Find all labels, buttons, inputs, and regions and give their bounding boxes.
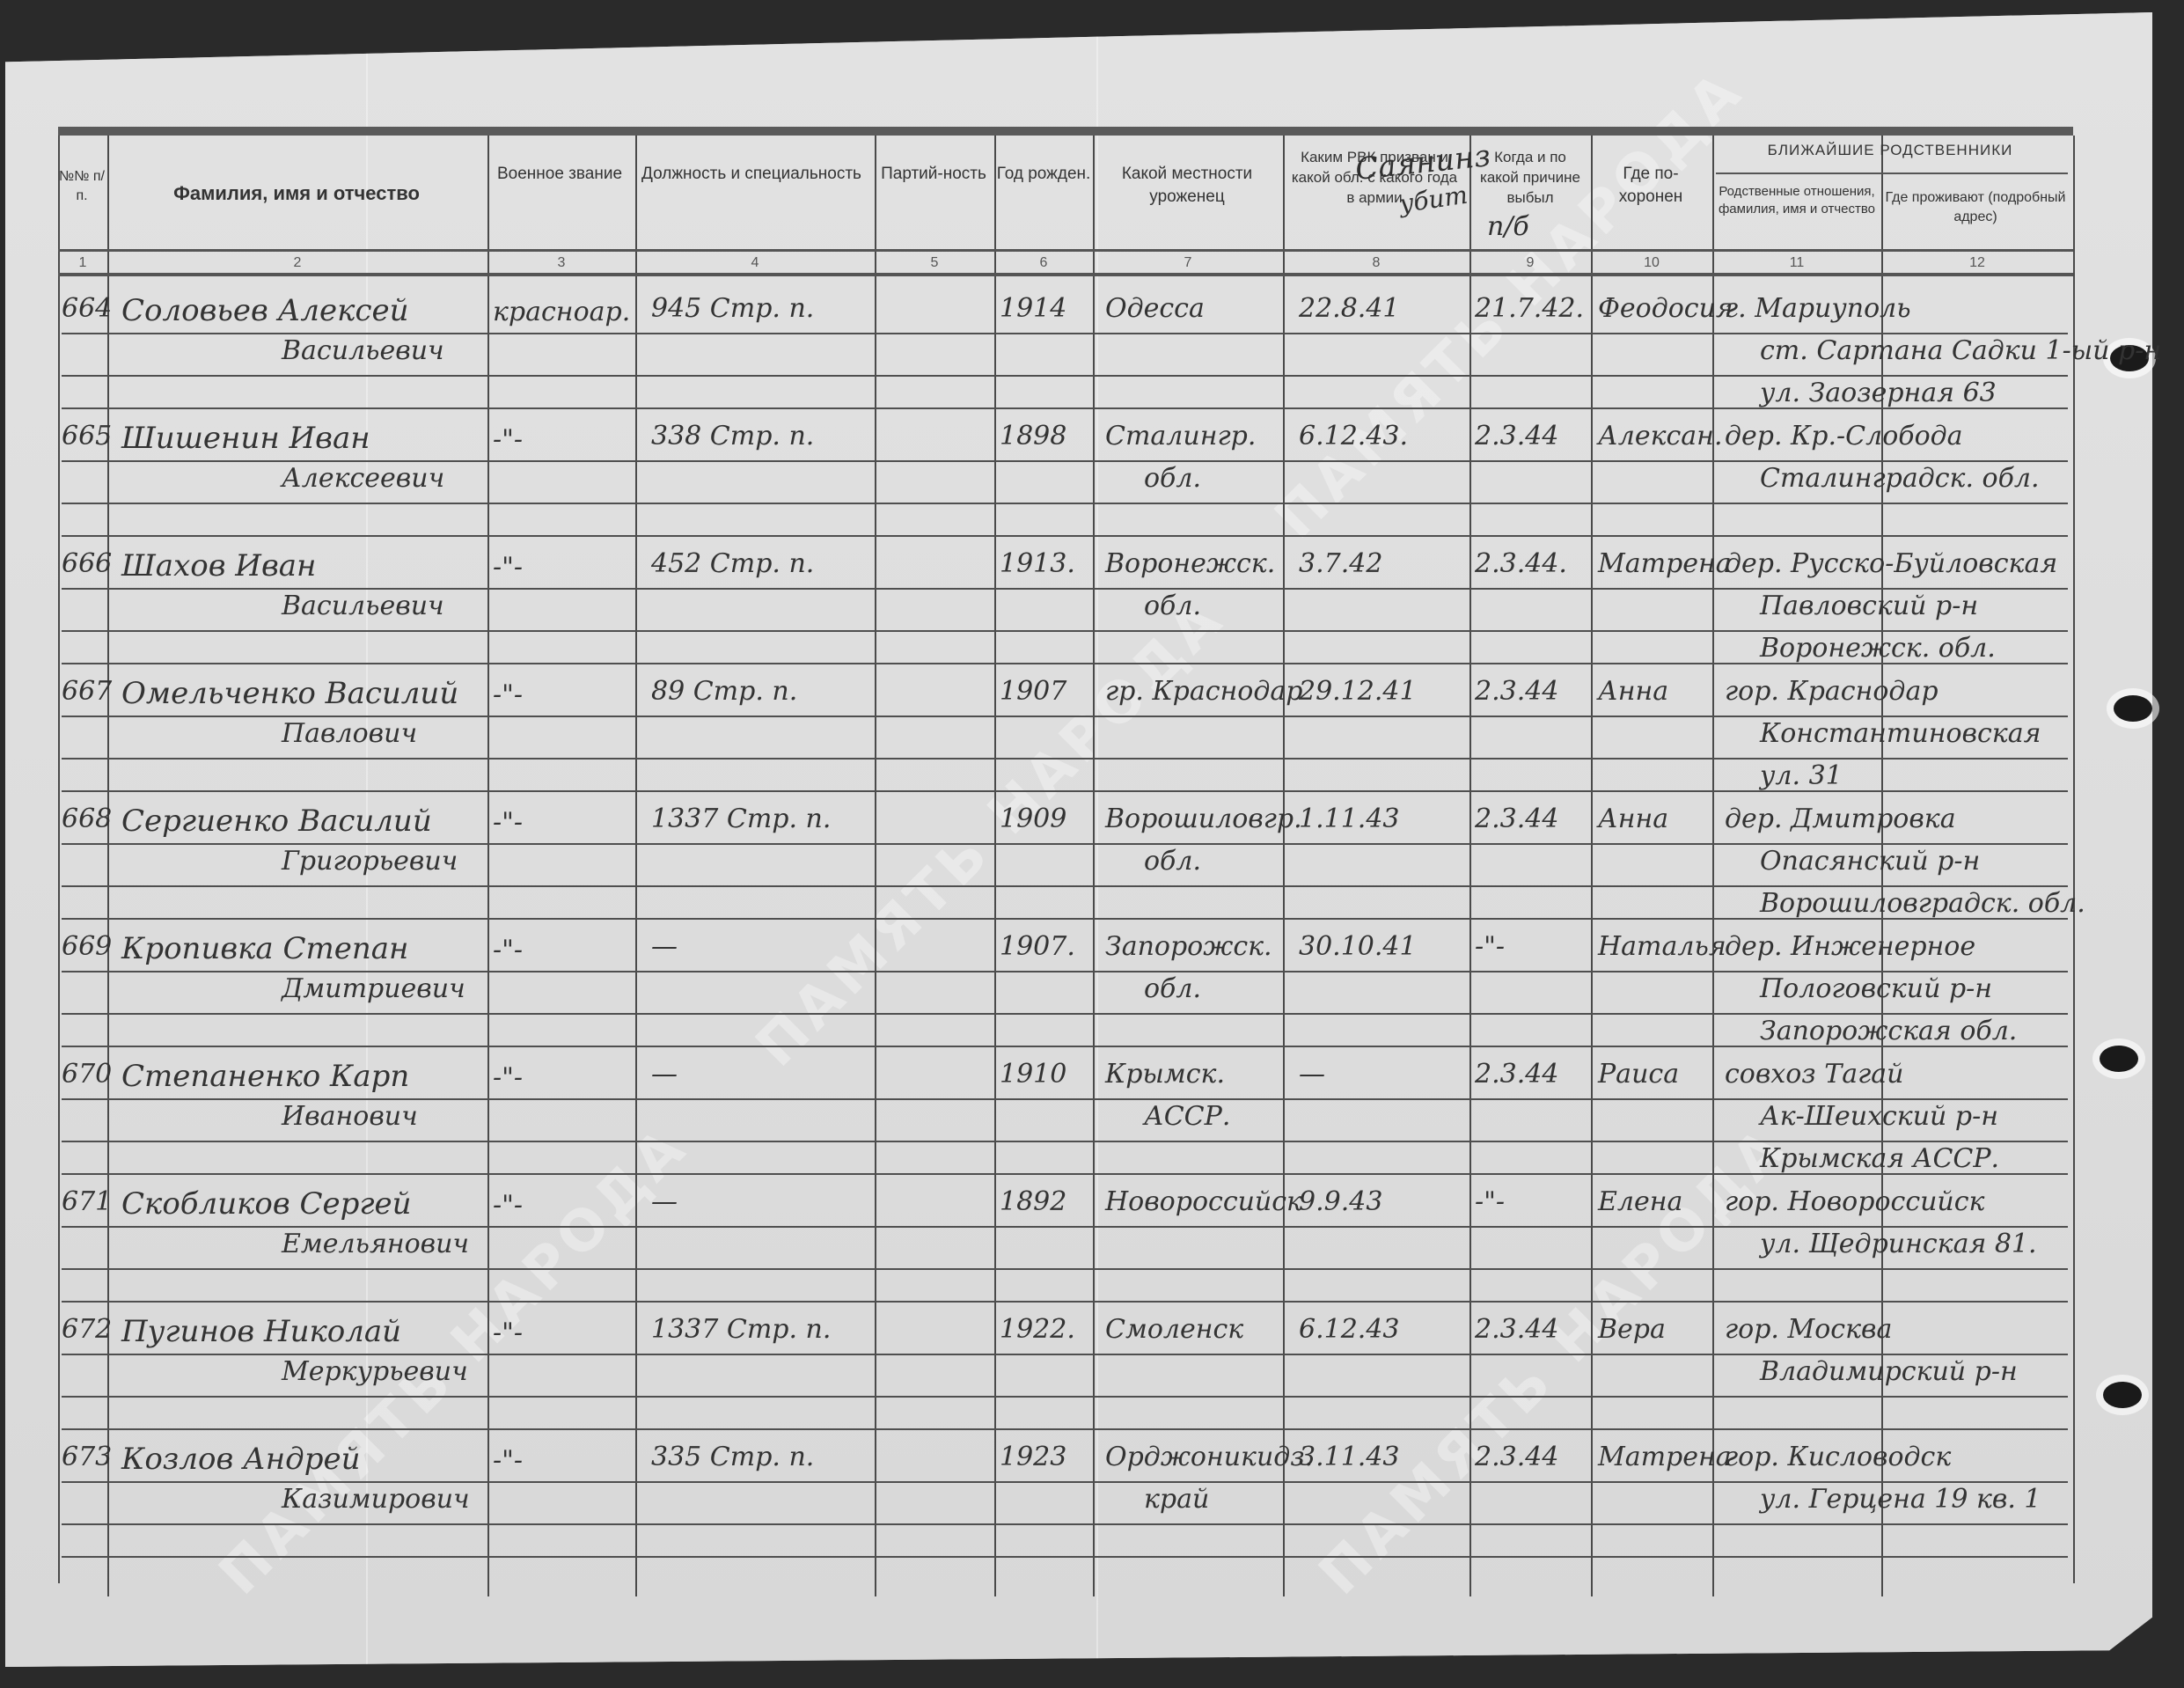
birth-year: 1923 [1000, 1444, 1066, 1471]
row-rule [62, 1173, 2068, 1175]
punch-hole [2103, 1382, 2142, 1408]
relative-address: ст. Сартана Садки 1-ый р-н [1760, 338, 2161, 364]
relative-address: дер. Дмитровка [1725, 806, 1956, 833]
military-rank: -"- [493, 427, 523, 453]
patronymic: Григорьевич [282, 848, 458, 875]
burial-place: Елена [1598, 1189, 1682, 1215]
departure-date: 2.3.44 [1475, 423, 1558, 450]
row-rule [62, 460, 2068, 462]
full-name: Скобликов Сергей [121, 1189, 412, 1219]
row-number: 666 [62, 551, 112, 577]
row-rule [62, 758, 2068, 760]
relative-address: совхоз Тагай [1725, 1061, 1903, 1088]
column-divider [1093, 136, 1095, 1596]
burial-place: Наталья [1598, 934, 1726, 960]
birth-year: 1907. [1000, 934, 1075, 960]
row-rule [62, 1268, 2068, 1270]
patronymic: Васильевич [282, 338, 444, 364]
birthplace: Смоленск [1105, 1317, 1243, 1343]
row-rule [62, 790, 2068, 792]
row-rule [62, 971, 2068, 972]
birth-year: 1922. [1000, 1317, 1075, 1343]
relative-address: г. Мариуполь [1725, 296, 1911, 322]
patronymic: Меркурьевич [282, 1359, 468, 1385]
column-divider [1469, 136, 1471, 1596]
draft-date: — [1299, 1061, 1325, 1088]
burial-place: Матрена [1598, 1444, 1732, 1471]
column-divider [1591, 136, 1593, 1596]
relative-address: ул. Щедринская 81. [1760, 1231, 2037, 1258]
birth-year: 1898 [1000, 423, 1066, 450]
header-col-3: Военное звание [489, 163, 630, 186]
patronymic: Дмитриевич [282, 976, 465, 1002]
punch-hole [2114, 695, 2152, 722]
position: — [651, 1189, 678, 1215]
column-divider [487, 136, 489, 1596]
military-rank: -"- [493, 937, 523, 964]
relative-address: Ворошиловградск. обл. [1760, 891, 2085, 917]
row-number: 668 [62, 806, 112, 833]
birthplace-region: обл. [1144, 848, 1201, 875]
draft-date: 6.12.43. [1299, 423, 1408, 450]
departure-date: 2.3.44. [1475, 551, 1567, 577]
departure-date: 2.3.44 [1475, 1317, 1558, 1343]
row-rule [62, 375, 2068, 377]
departure-date: -"- [1475, 934, 1505, 960]
row-rule [62, 333, 2068, 334]
row-rule [62, 1354, 2068, 1355]
relative-address: ул. 31 [1760, 763, 1843, 789]
row-rule [62, 1396, 2068, 1398]
row-number: 664 [62, 296, 112, 322]
row-rule [62, 1141, 2068, 1142]
relative-address: Сталинградск. обл. [1760, 466, 2040, 492]
birth-year: 1913. [1000, 551, 1075, 577]
departure-date: -"- [1475, 1189, 1505, 1215]
military-rank: -"- [493, 810, 523, 836]
position: 335 Стр. п. [651, 1444, 814, 1471]
departure-date: 2.3.44 [1475, 679, 1558, 705]
birthplace: Новороссийск [1105, 1189, 1302, 1215]
departure-date: 2.3.44 [1475, 1061, 1558, 1088]
burial-place: Вера [1598, 1317, 1666, 1343]
row-rule [62, 843, 2068, 845]
burial-place: Феодосия [1598, 296, 1733, 322]
relative-address: Крымская АССР. [1760, 1146, 1999, 1172]
birthplace: Запорожск. [1105, 934, 1272, 960]
column-number: 10 [1591, 255, 1712, 271]
row-rule [62, 503, 2068, 504]
relative-address: Пологовский р-н [1760, 976, 1992, 1002]
row-rule [62, 535, 2068, 537]
header-col-6: Год рожден. [996, 163, 1091, 186]
full-name: Сергиенко Василий [121, 806, 432, 836]
row-rule [62, 630, 2068, 632]
row-rule [62, 1046, 2068, 1047]
column-divider [58, 136, 60, 1583]
birthplace: Сталингр. [1105, 423, 1256, 450]
military-rank: -"- [493, 682, 523, 708]
relative-address: Запорожская обл. [1760, 1018, 2017, 1045]
row-rule [62, 1098, 2068, 1100]
patronymic: Павлович [282, 721, 417, 747]
row-rule [62, 1013, 2068, 1015]
relative-address: гор. Кисловодск [1725, 1444, 1951, 1471]
column-divider [994, 136, 996, 1596]
relative-address: Павловский р-н [1760, 593, 1978, 620]
column-number: 7 [1093, 255, 1283, 271]
birthplace: Воронежск. [1105, 551, 1275, 577]
row-rule [62, 1556, 2068, 1558]
birth-year: 1907 [1000, 679, 1066, 705]
patronymic: Казимирович [282, 1486, 470, 1513]
draft-date: 6.12.43 [1299, 1317, 1400, 1343]
column-number-rule [58, 273, 2073, 276]
burial-place: Анна [1598, 806, 1668, 833]
table-top-border [58, 127, 2073, 136]
military-rank: -"- [493, 1193, 523, 1219]
burial-place: Матрена [1598, 551, 1732, 577]
header-bottom-rule [58, 249, 2073, 252]
relative-address: Владимирский р-н [1760, 1359, 2018, 1385]
position: 338 Стр. п. [651, 423, 814, 450]
row-number: 669 [62, 934, 112, 960]
birthplace-region: обл. [1144, 593, 1201, 620]
departure-date: 2.3.44 [1475, 806, 1558, 833]
row-rule [62, 716, 2068, 717]
patronymic: Алексеевич [282, 466, 444, 492]
relative-address: гор. Москва [1725, 1317, 1892, 1343]
column-number: 11 [1712, 255, 1881, 271]
row-number: 670 [62, 1061, 112, 1088]
header-col-1: №№ п/п. [58, 167, 106, 205]
column-number: 1 [58, 255, 107, 271]
birthplace: Орджоникидз. [1105, 1444, 1313, 1471]
draft-date: 3.7.42 [1299, 551, 1382, 577]
birthplace: Крымск. [1105, 1061, 1225, 1088]
full-name: Кропивка Степан [121, 934, 408, 964]
header-col-11: Родственные отношения, фамилия, имя и от… [1714, 183, 1880, 219]
birth-year: 1909 [1000, 806, 1066, 833]
draft-date: 30.10.41 [1299, 934, 1417, 960]
burial-place: Алексан. [1598, 423, 1722, 450]
column-number: 4 [635, 255, 875, 271]
relative-address: дер. Русско-Буйловская [1725, 551, 2057, 577]
header-col-2: Фамилия, имя и отчество [107, 180, 486, 207]
full-name: Соловьев Алексей [121, 296, 409, 326]
burial-place: Раиса [1598, 1061, 1679, 1088]
relative-address: дер. Кр.-Слобода [1725, 423, 1963, 450]
full-name: Козлов Андрей [121, 1444, 361, 1474]
position: 945 Стр. п. [651, 296, 814, 322]
row-number: 673 [62, 1444, 112, 1471]
military-rank: -"- [493, 1320, 523, 1347]
birthplace: гр. Краснодар [1105, 679, 1302, 705]
position: — [651, 1061, 678, 1088]
column-number: 3 [487, 255, 635, 271]
military-rank: красноар. [493, 299, 630, 326]
departure-date: 2.3.44 [1475, 1444, 1558, 1471]
row-number: 665 [62, 423, 112, 450]
relative-address: Воронежск. обл. [1760, 635, 1996, 662]
row-number: 671 [62, 1189, 112, 1215]
departure-date: 21.7.42. [1475, 296, 1584, 322]
column-divider [1712, 136, 1714, 1596]
full-name: Омельченко Василий [121, 679, 458, 708]
relative-address: ул. Заозерная 63 [1760, 380, 1997, 407]
row-rule [62, 1523, 2068, 1525]
handwritten-stamp: п/б [1487, 211, 1529, 242]
row-rule [62, 1481, 2068, 1483]
row-rule [62, 1428, 2068, 1430]
column-divider [635, 136, 637, 1596]
draft-date: 3.11.43 [1299, 1444, 1400, 1471]
birthplace-region: обл. [1144, 466, 1201, 492]
column-number: 12 [1881, 255, 2073, 271]
punch-hole [2100, 1046, 2138, 1072]
birthplace-region: обл. [1144, 976, 1201, 1002]
row-rule [62, 885, 2068, 887]
position: 1337 Стр. п. [651, 1317, 831, 1343]
column-number: 8 [1283, 255, 1469, 271]
full-name: Шахов Иван [121, 551, 316, 581]
column-divider [875, 136, 876, 1596]
row-rule [62, 663, 2068, 664]
full-name: Шишенин Иван [121, 423, 370, 453]
column-number: 6 [994, 255, 1093, 271]
column-number: 9 [1469, 255, 1591, 271]
relative-address: гор. Новороссийск [1725, 1189, 1984, 1215]
position: — [651, 934, 678, 960]
military-rank: -"- [493, 1448, 523, 1474]
header-group-relatives: БЛИЖАЙШИЕ РОДСТВЕННИКИ [1714, 141, 2066, 161]
military-rank: -"- [493, 1065, 523, 1091]
draft-date: 1.11.43 [1299, 806, 1400, 833]
relative-address: дер. Инженерное [1725, 934, 1975, 960]
row-rule [62, 1226, 2068, 1228]
birthplace-region: АССР. [1144, 1104, 1230, 1130]
position: 452 Стр. п. [651, 551, 814, 577]
position: 89 Стр. п. [651, 679, 797, 705]
relative-address: ул. Герцена 19 кв. 1 [1760, 1486, 2041, 1513]
military-rank: -"- [493, 554, 523, 581]
relative-address: Опасянский р-н [1760, 848, 1980, 875]
birthplace: Ворошиловгр. [1105, 806, 1302, 833]
relative-address: Ак-Шеихский р-н [1760, 1104, 1998, 1130]
burial-place: Анна [1598, 679, 1668, 705]
relative-address: Константиновская [1760, 721, 2041, 747]
column-number: 5 [875, 255, 994, 271]
column-divider [107, 136, 109, 1596]
relative-address: гор. Краснодар [1725, 679, 1938, 705]
birth-year: 1892 [1000, 1189, 1066, 1215]
birth-year: 1910 [1000, 1061, 1066, 1088]
row-rule [62, 588, 2068, 590]
column-divider [1283, 136, 1285, 1596]
header-divider [1716, 172, 2068, 174]
birthplace-region: край [1144, 1486, 1209, 1513]
header-col-10: Где по-хоронен [1594, 163, 1707, 208]
header-col-4: Должность и специальность [637, 163, 866, 186]
patronymic: Емельянович [282, 1231, 469, 1258]
full-name: Пугинов Николай [121, 1317, 401, 1347]
position: 1337 Стр. п. [651, 806, 831, 833]
draft-date: 29.12.41 [1299, 679, 1417, 705]
row-rule [62, 1301, 2068, 1303]
row-rule [62, 918, 2068, 920]
row-rule [62, 407, 2068, 409]
header-col-5: Партий-ность [876, 163, 991, 186]
full-name: Степаненко Карп [121, 1061, 409, 1091]
row-number: 667 [62, 679, 112, 705]
header-col-7: Какой местности уроженец [1095, 163, 1279, 208]
draft-date: 9.9.43 [1299, 1189, 1382, 1215]
row-number: 672 [62, 1317, 112, 1343]
patronymic: Иванович [282, 1104, 418, 1130]
birthplace: Одесса [1105, 296, 1205, 322]
column-number: 2 [107, 255, 487, 271]
draft-date: 22.8.41 [1299, 296, 1400, 322]
header-col-12: Где проживают (подробный адрес) [1883, 188, 2068, 226]
patronymic: Васильевич [282, 593, 444, 620]
birth-year: 1914 [1000, 296, 1066, 322]
